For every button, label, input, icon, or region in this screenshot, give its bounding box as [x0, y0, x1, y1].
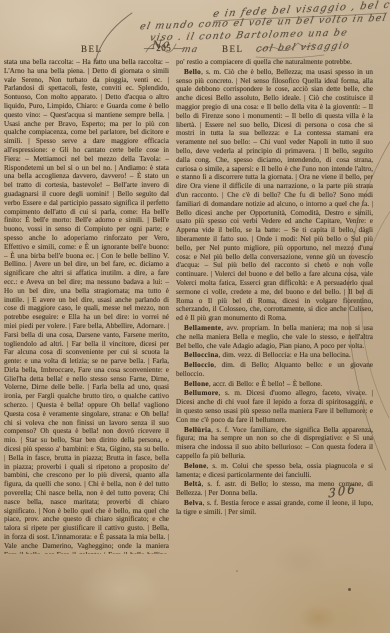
entry-headword: Belone: [184, 462, 207, 470]
entry-headword: Bello: [184, 68, 201, 76]
dictionary-entry: Belva, s. f. Bestia feroce e assai grand…: [176, 499, 373, 517]
entry-continuation: stata una bella raccolta: – Ha fatto una…: [4, 58, 169, 554]
dictionary-entry: Bellùria, s. f. Voce familiare, che sign…: [176, 426, 373, 461]
entry-headword: Bellamente: [184, 324, 221, 332]
entry-headword: Beltà: [184, 480, 201, 488]
paper-speck: [236, 570, 238, 572]
ink-speck: [348, 588, 351, 591]
dictionary-entry: Bellumore, s. m. Dicesi d'uomo allegro, …: [176, 389, 373, 424]
ink-flourish-stroke: [95, 13, 132, 62]
entry-headword: Belva: [184, 499, 203, 507]
entry-headword: Belloccina: [184, 351, 219, 359]
dictionary-entry: Bello, s. m. Ciò che è bello, Bellezza; …: [176, 68, 373, 323]
dictionary-entry: Beltà, s. f. astr. di Bello; lo stesso, …: [176, 480, 373, 498]
dictionary-entry: Bellone, accr. di Bello: e È bello! – È …: [176, 380, 373, 389]
entry-headword: Belloccio: [184, 361, 214, 369]
entry-headword: Bellumore: [184, 389, 219, 397]
entry-headword: Bellone: [184, 380, 209, 388]
running-head-left: BEL: [81, 44, 103, 54]
entry-headword: Bellùria: [184, 426, 211, 434]
entry-continuation: po' restìo a compiacere di quella che na…: [176, 58, 373, 67]
text-column-right: po' restìo a compiacere di quella che na…: [176, 58, 373, 554]
dictionary-entry: Belloccio, dim. di Bello; Alquanto bello…: [176, 361, 373, 379]
dictionary-entry: Belloccina, dim. vezz. di Belloccia: e H…: [176, 351, 373, 360]
running-head-right: BEL: [222, 44, 244, 54]
dictionary-entry: Belone, s. m. Colui che spesso bela, oss…: [176, 462, 373, 480]
scanned-book-page: BEL — 205 — BEL e in fede bel visaggio ,…: [0, 0, 390, 633]
handwritten-annotation-strike: No: [151, 37, 171, 52]
handwritten-annotation-ma: ma: [181, 45, 200, 55]
handwritten-annotation-line4: col bel visaggio: [255, 40, 351, 54]
text-column-left: stata una bella raccolta: – Ha fatto una…: [4, 58, 169, 554]
dictionary-entry: Bellamente, avv. propriam. In bella mani…: [176, 324, 373, 350]
